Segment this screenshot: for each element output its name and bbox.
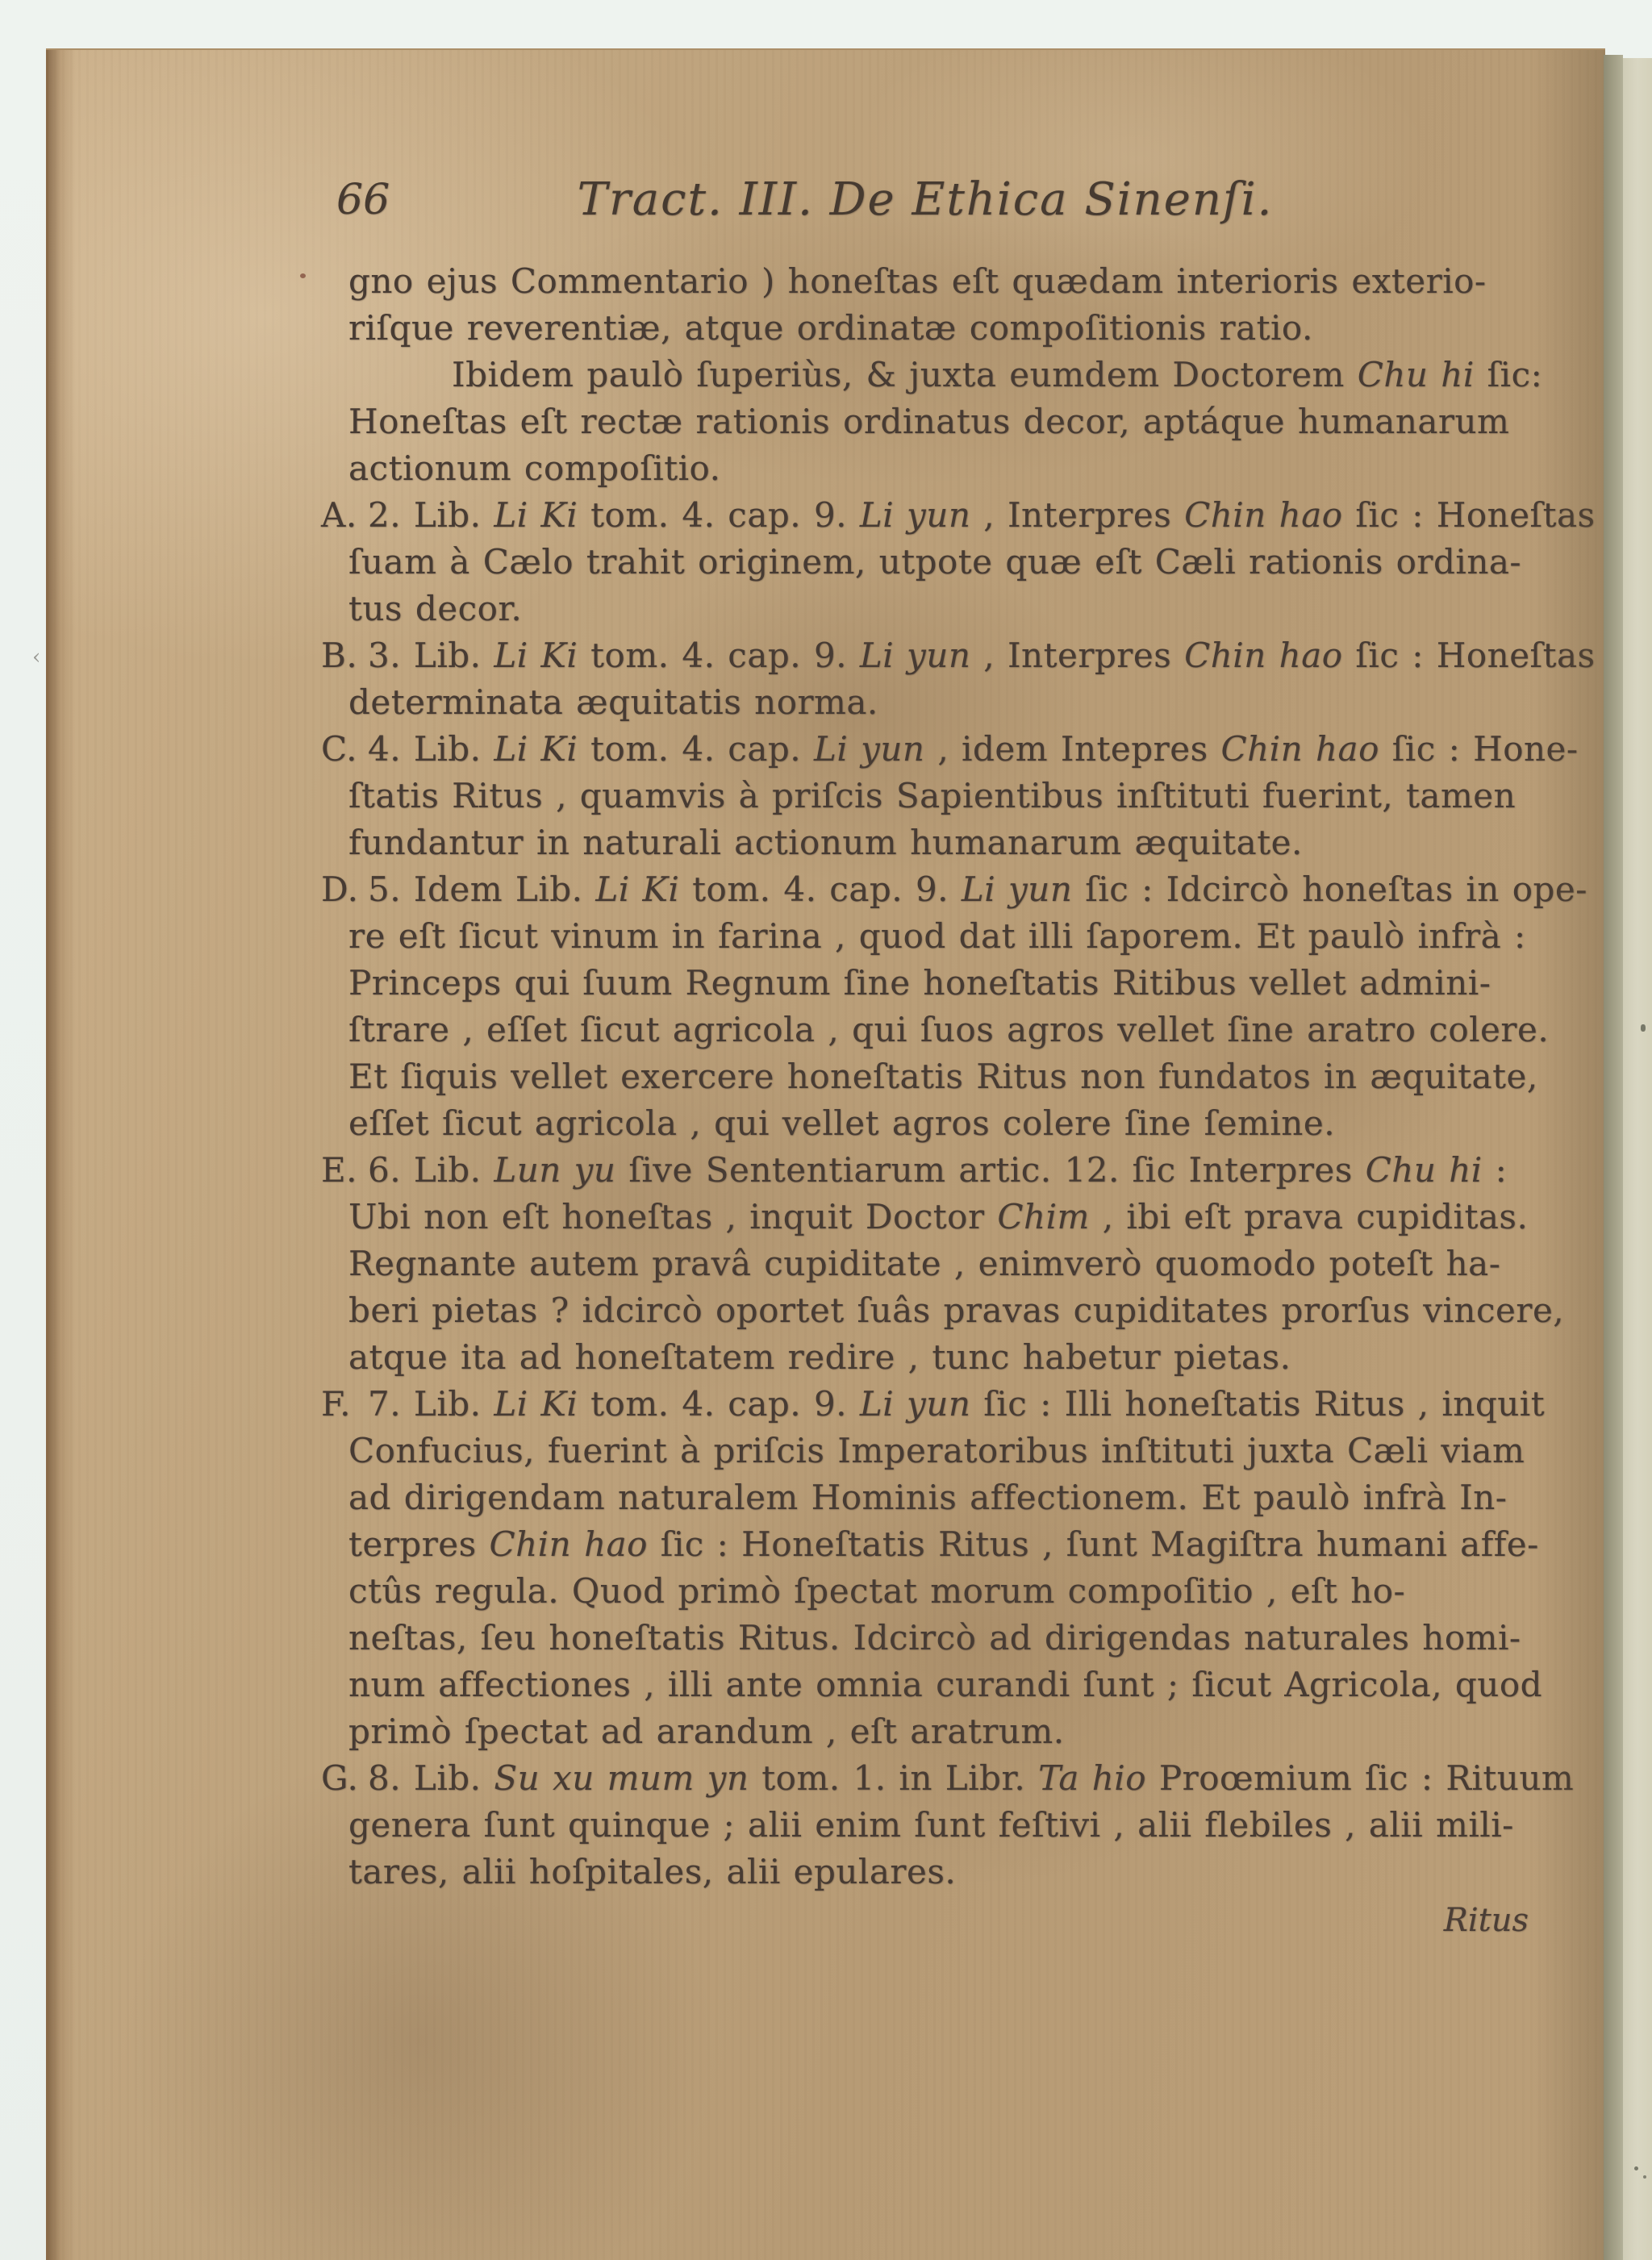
catchword: Ritus (1174, 1902, 1529, 1939)
text-line: tares, alii hoſpitales, alii epulares. (348, 1849, 1591, 1895)
roman-text: 6. Lib. (368, 1150, 494, 1190)
roman-text: Confucius, fuerint à priſcis Imperatorib… (348, 1431, 1525, 1470)
paragraph-letter: C. (321, 726, 368, 773)
roman-text: re eſt ſicut vinum in farina , quod dat … (348, 916, 1526, 956)
roman-text: Honeſtas eſt rectæ rationis ordinatus de… (348, 402, 1509, 441)
text-line: neſtas, ſeu honeſtatis Ritus. Idcircò ad… (348, 1615, 1591, 1662)
italic-text: Chin hao (1220, 729, 1379, 769)
roman-text: : (1483, 1150, 1508, 1190)
text-line: fundantur in naturali actionum humanarum… (348, 819, 1591, 866)
roman-text: neſtas, ſeu honeſtatis Ritus. Idcircò ad… (348, 1618, 1521, 1657)
italic-text: Chin hao (1184, 495, 1342, 535)
roman-text: ſuam à Cælo trahit originem, utpote quæ … (348, 542, 1521, 582)
roman-text: Regnante autem pravâ cupiditate , enimve… (348, 1244, 1500, 1283)
italic-text: Li Ki (595, 869, 679, 909)
text-line: Ibidem paulò ſuperiùs, & juxta eumdem Do… (348, 352, 1591, 398)
roman-text: 7. Lib. (368, 1384, 494, 1424)
text-line: ctûs regula. Quod primò ſpectat morum co… (348, 1568, 1591, 1615)
text-line: primò ſpectat ad arandum , eſt aratrum. (348, 1708, 1591, 1755)
roman-text: tom. 4. cap. 9. (578, 495, 860, 535)
fore-edge-strip (1623, 58, 1652, 2260)
roman-text: Et ſiquis vellet exercere honeſtatis Rit… (348, 1057, 1538, 1096)
roman-text: atque ita ad honeſtatem redire , tunc ha… (348, 1337, 1291, 1377)
roman-text: 5. Idem Lib. (368, 869, 595, 909)
roman-text: ctûs regula. Quod primò ſpectat morum co… (348, 1571, 1405, 1611)
stray-mark: ‹ (32, 645, 40, 669)
book-page: 66 Tract. III. De Ethica Sinenſi. gno ej… (46, 48, 1605, 2260)
italic-text: Li Ki (494, 495, 578, 535)
roman-text: Princeps qui ſuum Regnum ſine honeſtatis… (348, 963, 1491, 1003)
page-edge-speck (1643, 2175, 1646, 2179)
roman-text: tom. 4. cap. 9. (578, 1384, 860, 1424)
italic-text: Li yun (962, 869, 1073, 909)
text-line: B.3. Lib. Li Ki tom. 4. cap. 9. Li yun ,… (348, 632, 1591, 679)
page-edge-speck (1641, 1024, 1646, 1032)
text-line: gno ejus Commentario ) honeſtas eſt quæd… (348, 258, 1591, 305)
italic-text: Su xu mum yn (494, 1758, 749, 1798)
roman-text: ſic: (1475, 355, 1543, 394)
roman-text: ſtatis Ritus , quamvis à priſcis Sapient… (348, 776, 1516, 815)
running-title: Tract. III. De Ethica Sinenſi. (546, 171, 1304, 229)
text-line: re eſt ſicut vinum in farina , quod dat … (348, 913, 1591, 960)
paragraph-letter: D. (321, 866, 368, 913)
italic-text: Li yun (860, 1384, 971, 1424)
roman-text: 8. Lib. (368, 1758, 494, 1798)
text-block: gno ejus Commentario ) honeſtas eſt quæd… (348, 258, 1591, 1895)
text-line: Princeps qui ſuum Regnum ſine honeſtatis… (348, 960, 1591, 1007)
roman-text: ſive Sententiarum artic. 12. ſic Interpr… (615, 1150, 1365, 1190)
text-line: ſuam à Cælo trahit originem, utpote quæ … (348, 539, 1591, 586)
italic-text: Li yun (814, 729, 925, 769)
italic-text: Li Ki (494, 729, 578, 769)
text-line: A.2. Lib. Li Ki tom. 4. cap. 9. Li yun ,… (348, 492, 1591, 539)
text-line: Confucius, fuerint à priſcis Imperatorib… (348, 1428, 1591, 1474)
roman-text: Ubi non eſt honeſtas , inquit Doctor (348, 1197, 997, 1236)
page-spine-shadow (46, 50, 76, 2260)
text-line: Ubi non eſt honeſtas , inquit Doctor Chi… (348, 1194, 1591, 1240)
page-edge-speck (1634, 2166, 1638, 2170)
italic-text: Ta hio (1038, 1758, 1146, 1798)
text-line: actionum compoſitio. (348, 445, 1591, 492)
roman-text: ſic : Honeſtas (1343, 495, 1596, 535)
roman-text: tom. 4. cap. (578, 729, 814, 769)
roman-text: tares, alii hoſpitales, alii epulares. (348, 1852, 956, 1891)
text-line: ſtrare , eſſet ſicut agricola , qui ſuos… (348, 1007, 1591, 1053)
roman-text: terpres (348, 1524, 490, 1564)
italic-text: Li yun (860, 636, 971, 675)
roman-text: riſque reverentiæ, atque ordinatæ compoſ… (348, 308, 1313, 348)
text-line: atque ita ad honeſtatem redire , tunc ha… (348, 1334, 1591, 1381)
roman-text: tus decor. (348, 589, 522, 628)
text-line: Regnante autem pravâ cupiditate , enimve… (348, 1240, 1591, 1287)
roman-text: , Interpres (970, 495, 1184, 535)
paragraph-letter: G. (321, 1755, 368, 1802)
italic-text: Chin hao (490, 1524, 648, 1564)
text-line: ſtatis Ritus , quamvis à priſcis Sapient… (348, 773, 1591, 819)
italic-text: Li yun (860, 495, 971, 535)
roman-text: genera ſunt quinque ; alii enim ſunt feſ… (348, 1805, 1514, 1845)
roman-text: 3. Lib. (368, 636, 494, 675)
text-line: Honeſtas eſt rectæ rationis ordinatus de… (348, 398, 1591, 445)
text-line: eſſet ſicut agricola , qui vellet agros … (348, 1100, 1591, 1147)
roman-text: , idem Intepres (924, 729, 1220, 769)
text-line: determinata æquitatis norma. (348, 679, 1591, 726)
roman-text: ſic : Hone- (1379, 729, 1579, 769)
roman-text: , ibi eſt prava cupiditas. (1090, 1197, 1528, 1236)
roman-text: num affectiones , illi ante omnia curand… (348, 1665, 1542, 1704)
text-line: Et ſiquis vellet exercere honeſtatis Rit… (348, 1053, 1591, 1100)
roman-text: Proœmium ſic : Rituum (1146, 1758, 1574, 1798)
paragraph-letter: F. (321, 1381, 368, 1428)
italic-text: Chu hi (1358, 355, 1475, 394)
roman-text: beri pietas ? idcircò oportet ſuâs prava… (348, 1291, 1564, 1330)
roman-text: gno ejus Commentario ) honeſtas eſt quæd… (348, 261, 1487, 301)
roman-text: ſic : Honeſtatis Ritus , ſunt Magiſtra h… (648, 1524, 1539, 1564)
roman-text: determinata æquitatis norma. (348, 682, 878, 722)
roman-text: , Interpres (970, 636, 1184, 675)
text-line: G.8. Lib. Su xu mum yn tom. 1. in Libr. … (348, 1755, 1591, 1802)
italic-text: Chim (997, 1197, 1089, 1236)
roman-text: 4. Lib. (368, 729, 494, 769)
text-line: D.5. Idem Lib. Li Ki tom. 4. cap. 9. Li … (348, 866, 1591, 913)
italic-text: Chin hao (1184, 636, 1342, 675)
roman-text: ad dirigendam naturalem Hominis affectio… (348, 1478, 1507, 1517)
italic-text: Chu hi (1366, 1150, 1483, 1190)
roman-text: ſic : Honeſtas eſt (1343, 636, 1605, 675)
text-line: F.7. Lib. Li Ki tom. 4. cap. 9. Li yun ſ… (348, 1381, 1591, 1428)
paragraph-letter: E. (321, 1147, 368, 1194)
roman-text: ſic : Illi honeſtatis Ritus , inquit (970, 1384, 1545, 1424)
text-line: beri pietas ? idcircò oportet ſuâs prava… (348, 1287, 1591, 1334)
page-header: 66 Tract. III. De Ethica Sinenſi. (46, 171, 1605, 236)
text-line: ad dirigendam naturalem Hominis affectio… (348, 1474, 1591, 1521)
text-line: genera ſunt quinque ; alii enim ſunt feſ… (348, 1802, 1591, 1849)
text-line: C.4. Lib. Li Ki tom. 4. cap. Li yun , id… (348, 726, 1591, 773)
text-line: riſque reverentiæ, atque ordinatæ compoſ… (348, 305, 1591, 352)
ink-fleck (300, 273, 306, 278)
text-line: num affectiones , illi ante omnia curand… (348, 1662, 1591, 1708)
roman-text: tom. 4. cap. 9. (578, 636, 860, 675)
text-line: tus decor. (348, 586, 1591, 632)
roman-text: actionum compoſitio. (348, 448, 720, 488)
roman-text: ſtrare , eſſet ſicut agricola , qui ſuos… (348, 1010, 1549, 1049)
roman-text: ſic : Idcircò honeſtas in ope- (1072, 869, 1587, 909)
paragraph-letter: A. (321, 492, 368, 539)
roman-text: eſſet ſicut agricola , qui vellet agros … (348, 1103, 1335, 1143)
roman-text: Ibidem paulò ſuperiùs, & juxta eumdem Do… (452, 355, 1358, 394)
text-line: E.6. Lib. Lun yu ſive Sententiarum artic… (348, 1147, 1591, 1194)
italic-text: Lun yu (494, 1150, 615, 1190)
text-line: terpres Chin hao ſic : Honeſtatis Ritus … (348, 1521, 1591, 1568)
italic-text: Li Ki (494, 1384, 578, 1424)
roman-text: tom. 4. cap. 9. (679, 869, 962, 909)
roman-text: primò ſpectat ad arandum , eſt aratrum. (348, 1712, 1065, 1751)
paragraph-letter: B. (321, 632, 368, 679)
roman-text: 2. Lib. (368, 495, 494, 535)
roman-text: fundantur in naturali actionum humanarum… (348, 823, 1303, 862)
page-number: 66 (336, 171, 390, 229)
next-page-edge-band (1604, 55, 1623, 2260)
italic-text: Li Ki (494, 636, 578, 675)
roman-text: tom. 1. in Libr. (749, 1758, 1038, 1798)
